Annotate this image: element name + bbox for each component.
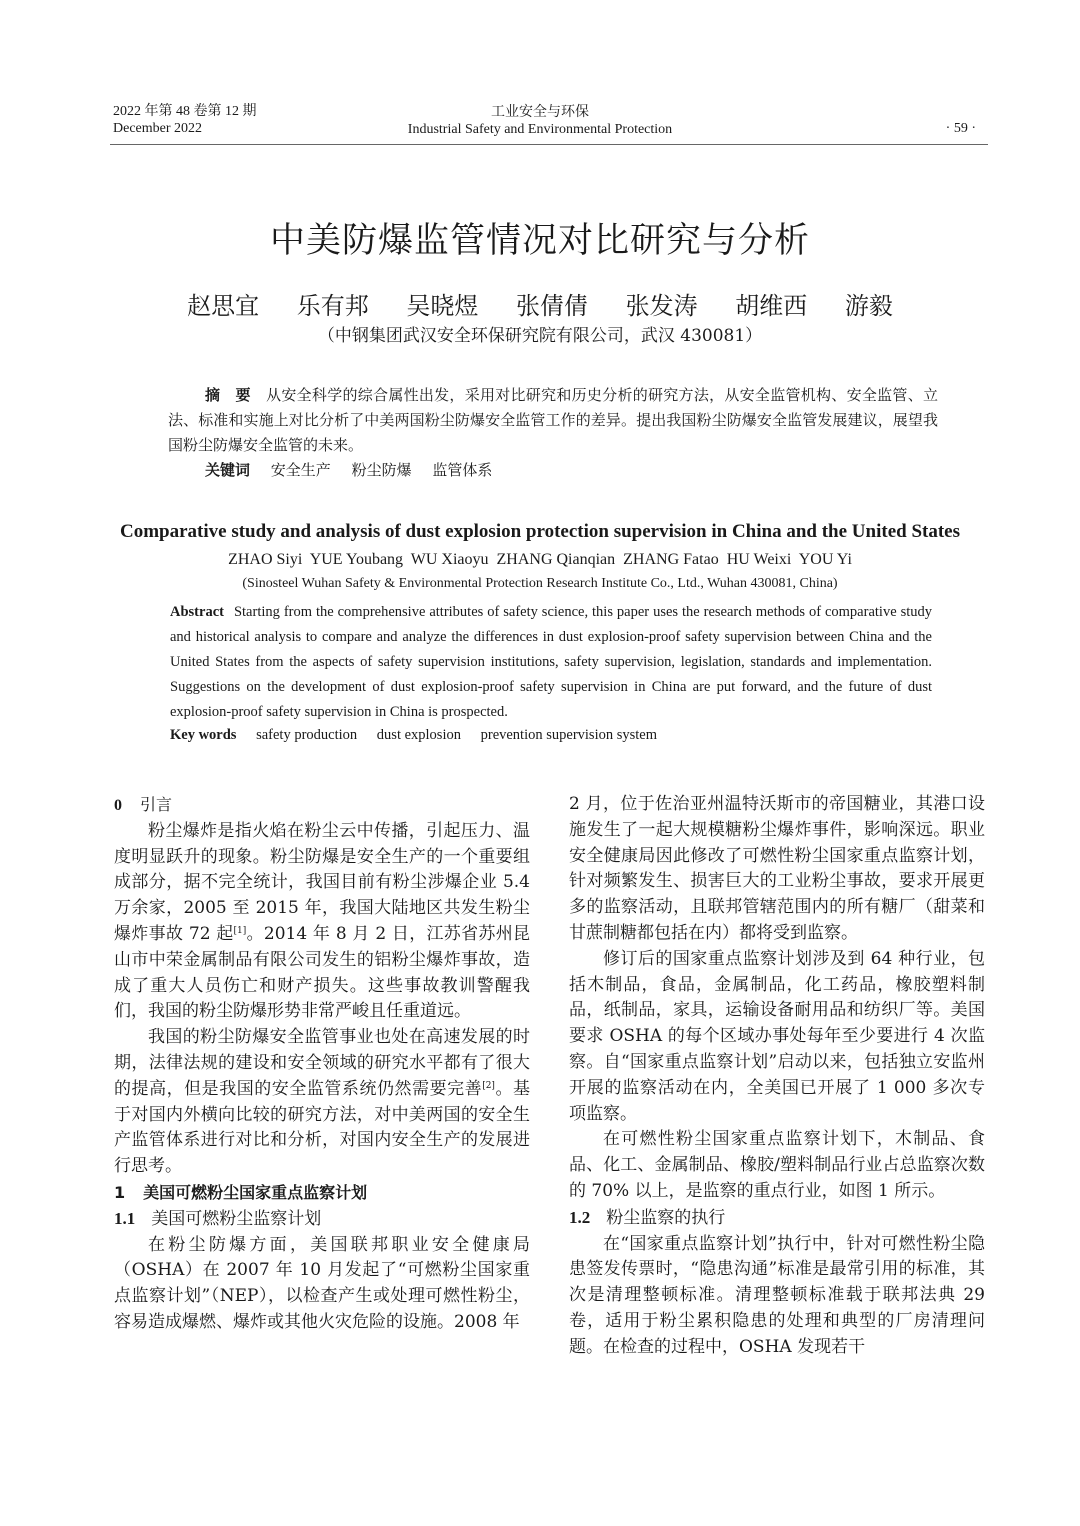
paragraph: 粉尘爆炸是指火焰在粉尘云中传播，引起压力、温度明显跃升的现象。粉尘防爆是安全生产… xyxy=(114,819,530,1025)
page-number: · 59 · xyxy=(946,121,976,137)
abstract-en: AbstractStarting from the comprehensive … xyxy=(170,600,932,725)
paragraph-continued: 2 月，位于佐治亚州温特沃斯市的帝国糖业，其港口设施发生了一起大规模糖粉尘爆炸事… xyxy=(569,792,985,947)
section-heading-1: 1美国可燃粉尘国家重点监察计划 xyxy=(114,1180,530,1206)
abstract-label-cn: 摘 要 xyxy=(205,386,251,404)
author: 乐有邦 xyxy=(297,292,369,320)
author: 游毅 xyxy=(845,292,893,320)
abstract-text-en: Starting from the comprehensive attribut… xyxy=(170,604,932,720)
keyword: 粉尘防爆 xyxy=(352,461,412,479)
section-heading-1-1: 1.1美国可燃粉尘监察计划 xyxy=(114,1206,530,1233)
affiliation-en: (Sinosteel Wuhan Safety & Environmental … xyxy=(0,576,1080,592)
abstract-label-en: Abstract xyxy=(170,604,224,620)
journal-en: Industrial Safety and Environmental Prot… xyxy=(0,121,1080,138)
keyword: safety production xyxy=(256,727,357,743)
paragraph: 在粉尘防爆方面，美国联邦职业安全健康局（OSHA）在 2007 年 10 月发起… xyxy=(114,1233,530,1336)
citation[interactable]: [2] xyxy=(482,1081,495,1091)
section-heading-0: 0引言 xyxy=(114,792,530,819)
abstract-text-cn: 从安全科学的综合属性出发，采用对比研究和历史分析的研究方法，从安全监管机构、安全… xyxy=(168,386,938,454)
body-column-right: 2 月，位于佐治亚州温特沃斯市的帝国糖业，其港口设施发生了一起大规模糖粉尘爆炸事… xyxy=(569,792,985,1361)
abstract-cn: 摘 要 从安全科学的综合属性出发，采用对比研究和历史分析的研究方法，从安全监管机… xyxy=(168,383,938,458)
keyword: dust explosion xyxy=(377,727,461,743)
paper-title-cn: 中美防爆监管情况对比研究与分析 xyxy=(0,213,1080,263)
keyword: 安全生产 xyxy=(271,461,331,479)
keywords-en: Key words safety production dust explosi… xyxy=(170,727,657,744)
paper-title-en: Comparative study and analysis of dust e… xyxy=(0,521,1080,543)
author: 张倩倩 xyxy=(516,292,588,320)
keyword: 监管体系 xyxy=(432,461,492,479)
keywords-cn: 关键词 安全生产 粉尘防爆 监管体系 xyxy=(205,459,492,480)
journal-name: 工业安全与环保 Industrial Safety and Environmen… xyxy=(0,104,1080,138)
paragraph: 我国的粉尘防爆安全监管事业也处在高速发展的时期，法律法规的建设和安全领域的研究水… xyxy=(114,1025,530,1180)
paragraph: 修订后的国家重点监察计划涉及到 64 种行业，包括木制品，食品，金属制品，化工药… xyxy=(569,947,985,1128)
paragraph: 在“国家重点监察计划”执行中，针对可燃性粉尘隐患签发传票时，“隐患沟通”标准是最… xyxy=(569,1232,985,1361)
author: 赵思宜 xyxy=(187,292,259,320)
author: 胡维西 xyxy=(735,292,807,320)
section-heading-1-2: 1.2粉尘监察的执行 xyxy=(569,1205,985,1232)
citation[interactable]: [1] xyxy=(234,926,247,936)
keyword: prevention supervision system xyxy=(481,727,657,743)
journal-cn: 工业安全与环保 xyxy=(0,104,1080,121)
header-divider xyxy=(110,144,988,145)
paragraph: 在可燃性粉尘国家重点监察计划下，木制品、食品、化工、金属制品、橡胶/塑料制品行业… xyxy=(569,1127,985,1204)
authors-cn: 赵思宜 乐有邦 吴晓煜 张倩倩 张发涛 胡维西 游毅 xyxy=(0,286,1080,321)
author: 张发涛 xyxy=(626,292,698,320)
authors-en: ZHAO Siyi YUE Youbang WU Xiaoyu ZHANG Qi… xyxy=(0,551,1080,569)
body-column-left: 0引言 粉尘爆炸是指火焰在粉尘云中传播，引起压力、温度明显跃升的现象。粉尘防爆是… xyxy=(114,792,530,1336)
affiliation-cn: （中钢集团武汉安全环保研究院有限公司，武汉 430081） xyxy=(0,321,1080,346)
keywords-label-cn: 关键词 xyxy=(205,461,250,479)
keywords-label-en: Key words xyxy=(170,727,236,743)
author: 吴晓煜 xyxy=(406,292,478,320)
